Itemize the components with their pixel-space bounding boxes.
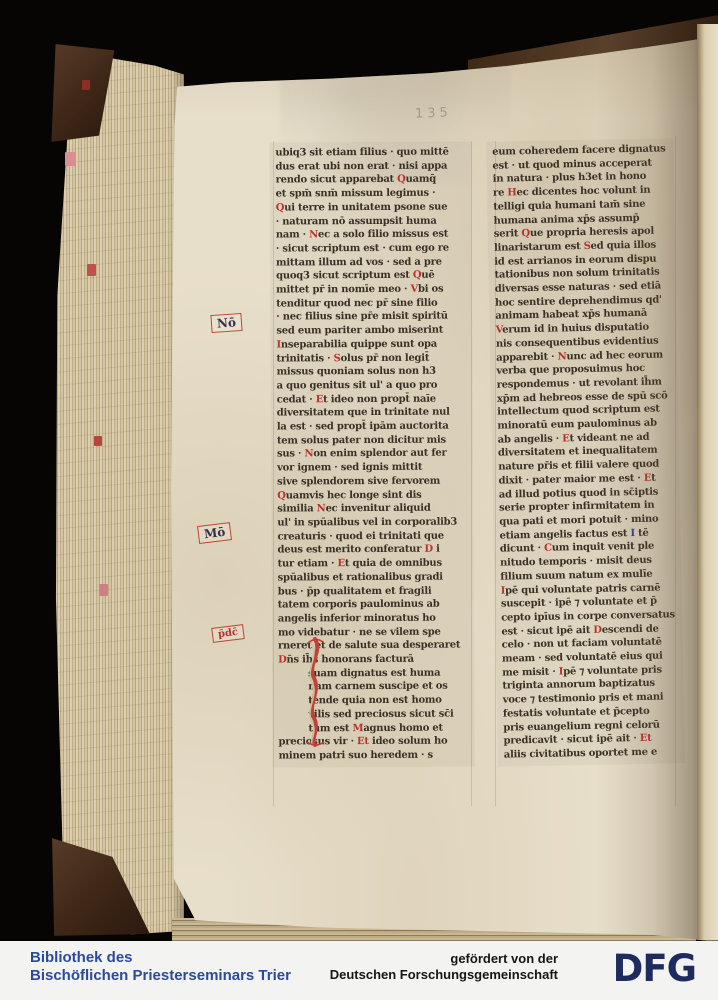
manuscript-line: a quo genitus sit ul' a quo pro	[277, 378, 467, 393]
manuscript-line: angelis inferior minoratus ho	[278, 611, 468, 626]
manuscript-line: Qui terre in unitatem psone sue	[276, 200, 466, 215]
marginal-note-box: p̄dc̄	[211, 624, 245, 643]
folio-number: 135	[415, 105, 452, 121]
manuscript-line: vor ignem · sed ignis mittit	[277, 461, 467, 476]
marginal-note-box: Mō	[197, 522, 232, 544]
manuscript-line: missus quoniam solus non h3	[277, 365, 467, 380]
dfg-logo: DFG	[613, 947, 696, 990]
manuscript-line: minem patri suo heredem · s	[279, 748, 469, 763]
bookmark-tab	[94, 436, 102, 446]
bookmark-tab	[87, 264, 96, 276]
marginal-note-box: Nō	[210, 313, 242, 333]
manuscript-line: rendo sicut apparebat Quamq̄	[276, 173, 466, 188]
marginal-note-label: Mō	[203, 525, 226, 541]
manuscript-line: sed eum pariter ambo miserint	[276, 324, 466, 339]
manuscript-line: spūalibus et rationalibus gradi	[278, 570, 468, 585]
manuscript-line: similia Nec invenitur aliquid	[277, 502, 467, 517]
library-credit-line1: Bibliothek des	[30, 949, 291, 967]
manuscript-line: mittet pr̄ in nomīe meo · Vbi os	[276, 283, 466, 298]
bookmark-tab	[99, 584, 108, 596]
manuscript-line: ubiq3 sit etiam filius · quo mittē	[275, 146, 465, 161]
facing-page-sliver	[697, 24, 718, 940]
library-credit: Bibliothek des Bischöflichen Priestersem…	[30, 949, 291, 985]
marginal-note-label: p̄dc̄	[217, 627, 238, 640]
library-credit-line2: Bischöflichen Priesterseminars Trier	[30, 967, 291, 985]
manuscript-line: mittam illum ad vos · sed a pre	[276, 255, 466, 270]
marginal-note-label: Nō	[217, 315, 237, 330]
manuscript-page: 135 ubiq3 sit etiam filius · quo mittēdu…	[165, 36, 718, 942]
manuscript-line: aliis civitatibus oportet me e	[504, 745, 679, 762]
manuscript-line: bus · p̄p qualitatem et fragili	[278, 584, 468, 599]
decorated-initial-icon	[301, 636, 329, 748]
text-column-right: eum coheredem facere dignatusest · ut qu…	[492, 142, 679, 762]
manuscript-line: · nec filius sine pr̄e misit spiritū	[276, 310, 466, 325]
manuscript-line: et spm̄ snm̄ missum legimus ·	[276, 187, 466, 202]
manuscript-line: ul' in spūalibus vel in corporalib3	[277, 515, 467, 530]
manuscript-line: deus est merito conferatur D i	[277, 543, 467, 558]
funding-credit: gefördert von der Deutschen Forschungsge…	[330, 951, 558, 983]
manuscript-line: quoq3 sicut scriptum est Quē	[276, 269, 466, 284]
manuscript-line: diversitatem que in trinitate nul	[277, 406, 467, 421]
manuscript-line: nam · Nec a solo filio missus est	[276, 228, 466, 243]
digitization-footer: Bibliothek des Bischöflichen Priestersem…	[0, 941, 718, 1000]
page-stack-fore-edge	[52, 46, 184, 938]
manuscript-photo-stage: 135 ubiq3 sit etiam filius · quo mittēdu…	[0, 0, 718, 1000]
funding-credit-line1: gefördert von der	[330, 951, 558, 967]
manuscript-line: sus · Non enim splendor aut fer	[277, 447, 467, 462]
manuscript-line: creaturis · quod ei trinitati que	[277, 529, 467, 544]
manuscript-line: la est · sed propt̄ ipām auctorita	[277, 420, 467, 435]
manuscript-line: cedat · Et ideo non propt̄ naīe	[277, 392, 467, 407]
manuscript-line: · sicut scriptum est · cum ego re	[276, 241, 466, 256]
manuscript-line: tatem corporis paulominus ab	[278, 598, 468, 613]
bookmark-tab	[82, 80, 90, 90]
manuscript-line: sive splendorem sive fervorem	[277, 474, 467, 489]
manuscript-line: tem solus pater non dicitur mis	[277, 433, 467, 448]
manuscript-line: dus erat ubi non erat · nisi appa	[275, 159, 465, 174]
manuscript-line: Quamvis hec longe sint dis	[277, 488, 467, 503]
manuscript-line: · naturam nō assumpsit huma	[276, 214, 466, 229]
manuscript-line: Inseparabilia quippe sunt opa	[276, 337, 466, 352]
funding-credit-line2: Deutschen Forschungsgemeinschaft	[330, 967, 558, 983]
manuscript-line: tenditur quod nec pr̄ sine filio	[276, 296, 466, 311]
manuscript-line: trinitatis · Solus pr̄ non legit̄	[276, 351, 466, 366]
manuscript-line: tur etiam · Et quia de omnibus	[278, 557, 468, 572]
bookmark-tab	[65, 152, 76, 166]
